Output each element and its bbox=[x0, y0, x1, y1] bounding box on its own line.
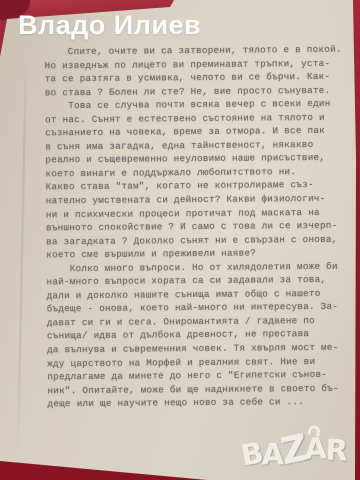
watermark-letter: A bbox=[304, 434, 327, 463]
typewritten-page: Спите, очите ви са затворени, тялото е в… bbox=[0, 0, 360, 480]
typewritten-text: Спите, очите ви са затворени, тялото е в… bbox=[44, 43, 353, 411]
watermark-letter: R bbox=[324, 435, 348, 465]
typed-line: деще или ще научите нещо ново за себе си… bbox=[47, 395, 353, 411]
page-edge-crease bbox=[17, 58, 27, 450]
bazar-watermark: B A Z A R bbox=[239, 420, 348, 471]
seller-name-overlay: Владо Илиев bbox=[18, 10, 201, 41]
photo-scene: Спите, очите ви са затворени, тялото е в… bbox=[0, 0, 360, 480]
typed-line: реално и същевременно неуловимо наше при… bbox=[45, 151, 351, 167]
shopping-bag-icon bbox=[307, 424, 321, 436]
